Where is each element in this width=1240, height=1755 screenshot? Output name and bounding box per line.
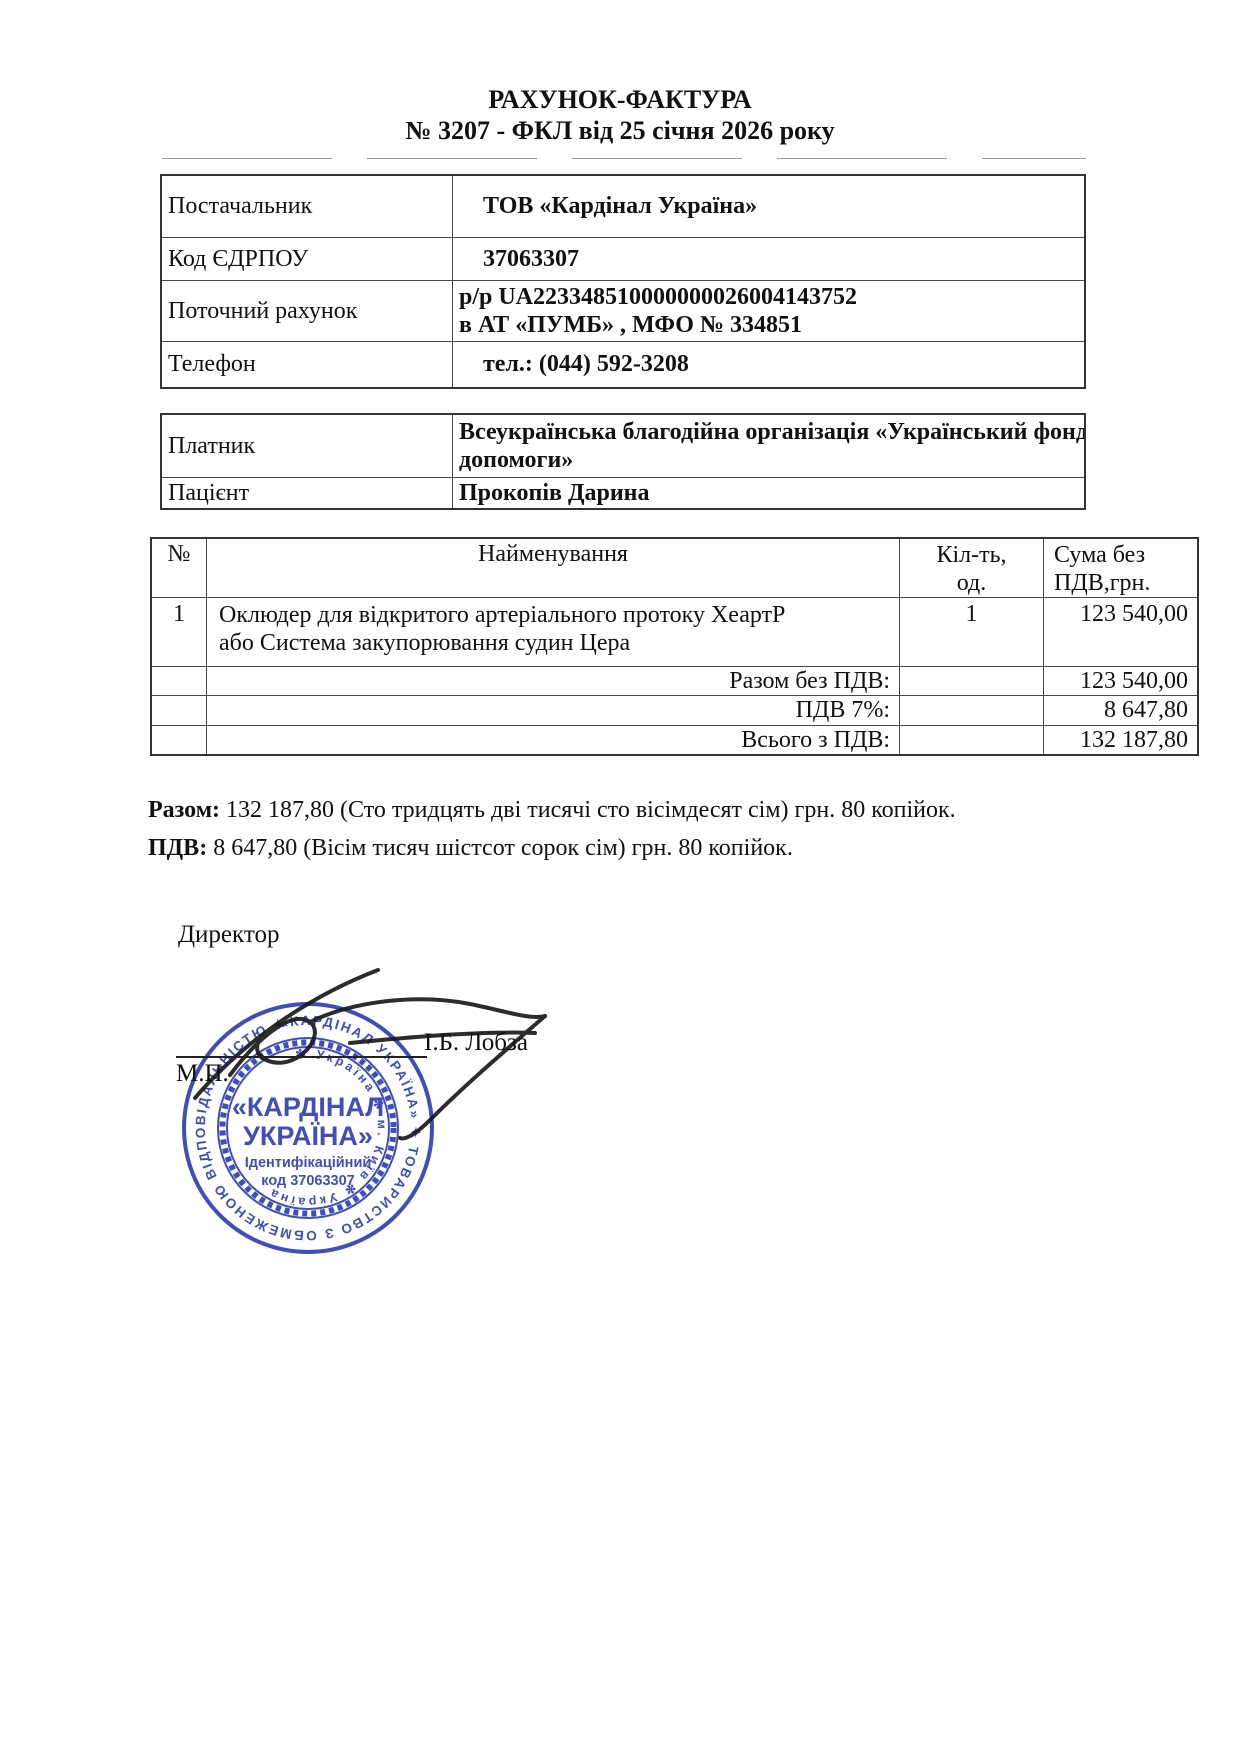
empty-cell [900,726,1044,756]
table-row: Постачальник ТОВ «Кардінал Україна» [161,175,1085,238]
table-row: Поточний рахунок р/р UA22334851000000002… [161,281,1085,342]
scan-artifact-line [162,158,1086,159]
account-value: р/р UA223348510000000026004143752 в АТ «… [453,281,1086,342]
subtotal-value: 123 540,00 [1044,667,1199,696]
items-table: № Найменування Кіл-ть, од. Сума без ПДВ,… [150,537,1199,756]
table-row: Пацієнт Прокопів Дарина [161,478,1085,510]
title-line2: № 3207 - ФКЛ від 25 січня 2026 року [0,115,1240,146]
item-sum: 123 540,00 [1044,598,1199,667]
phone-value: тел.: (044) 592-3208 [453,342,1086,389]
payer-value-line2: допомоги» [459,446,1078,474]
empty-cell [151,726,207,756]
edrpou-label: Код ЄДРПОУ [161,238,453,281]
item-name-line2: або Система закупорювання судин Цера [219,629,893,657]
signature-underline [176,1056,427,1058]
totals-row: Всього з ПДВ: 132 187,80 [151,726,1198,756]
grand-total-value: 132 187,80 [1044,726,1199,756]
grand-total-label: Всього з ПДВ: [207,726,900,756]
empty-cell [900,667,1044,696]
invoice-page: РАХУНОК-ФАКТУРА № 3207 - ФКЛ від 25 січн… [0,0,1240,1755]
items-header-row: № Найменування Кіл-ть, од. Сума без ПДВ,… [151,538,1198,598]
item-name: Оклюдер для відкритого артеріального про… [207,598,900,667]
item-row: 1 Оклюдер для відкритого артеріального п… [151,598,1198,667]
subtotal-label: Разом без ПДВ: [207,667,900,696]
payer-table: Платник Всеукраїнська благодійна організ… [160,413,1086,510]
item-name-line1: Оклюдер для відкритого артеріального про… [219,601,893,629]
col-header-qty: Кіл-ть, од. [900,538,1044,598]
summary-total-text: 132 187,80 (Сто тридцять дві тисячі сто … [226,797,956,823]
supplier-value: ТОВ «Кардінал Україна» [453,175,1086,238]
empty-cell [900,696,1044,726]
document-title: РАХУНОК-ФАКТУРА № 3207 - ФКЛ від 25 січн… [0,84,1240,146]
account-label: Поточний рахунок [161,281,453,342]
summary-vat-text: 8 647,80 (Вісім тисяч шістсот сорок сім)… [213,835,793,861]
signature-strokes [150,950,610,1160]
summary-vat-label: ПДВ: [148,835,207,861]
patient-value: Прокопів Дарина [453,478,1086,510]
totals-row: ПДВ 7%: 8 647,80 [151,696,1198,726]
payer-value-line1: Всеукраїнська благодійна організація «Ук… [459,418,1078,446]
empty-cell [151,667,207,696]
col-header-num: № [151,538,207,598]
phone-label: Телефон [161,342,453,389]
payer-value: Всеукраїнська благодійна організація «Ук… [453,414,1086,478]
director-title: Директор [178,921,279,949]
edrpou-value: 37063307 [453,238,1086,281]
stamp-center-line4: код 37063307 [261,1173,354,1189]
table-row: Телефон тел.: (044) 592-3208 [161,342,1085,389]
handwritten-signature [150,950,610,1160]
payer-label: Платник [161,414,453,478]
col-header-name: Найменування [207,538,900,598]
signer-name: І.Б. Лобза [424,1029,528,1057]
title-line1: РАХУНОК-ФАКТУРА [0,84,1240,115]
table-row: Платник Всеукраїнська благодійна організ… [161,414,1085,478]
summary-vat: ПДВ: 8 647,80 (Вісім тисяч шістсот сорок… [148,833,793,863]
item-num: 1 [151,598,207,667]
vat-label: ПДВ 7%: [207,696,900,726]
summary-total: Разом: 132 187,80 (Сто тридцять дві тися… [148,795,956,825]
col-header-sum: Сума без ПДВ,грн. [1044,538,1199,598]
table-row: Код ЄДРПОУ 37063307 [161,238,1085,281]
empty-cell [151,696,207,726]
supplier-table: Постачальник ТОВ «Кардінал Україна» Код … [160,174,1086,389]
seal-mark: М.П. [176,1060,229,1088]
totals-row: Разом без ПДВ: 123 540,00 [151,667,1198,696]
supplier-label: Постачальник [161,175,453,238]
account-value-line1: р/р UA223348510000000026004143752 [459,283,1078,311]
patient-label: Пацієнт [161,478,453,510]
summary-total-label: Разом: [148,797,220,823]
account-value-line2: в АТ «ПУМБ» , МФО № 334851 [459,311,1078,339]
item-qty: 1 [900,598,1044,667]
vat-value: 8 647,80 [1044,696,1199,726]
